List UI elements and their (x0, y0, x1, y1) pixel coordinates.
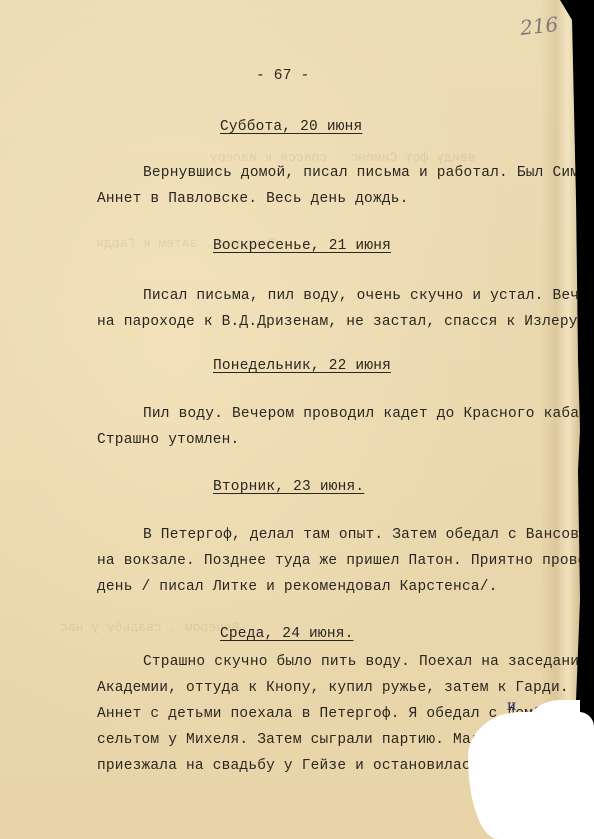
torn-corner (468, 712, 594, 839)
entry-line: Страшно утомлен. (97, 431, 239, 449)
document-page: ввиду фот Сименс . спасся к Излеру Вечер… (0, 0, 580, 839)
entry-line: Пил воду. Вечером проводил кадет до Крас… (143, 405, 594, 423)
entry-line: Вернувшись домой, писал письма и работал… (143, 164, 594, 182)
entry-line: Страшно скучно было пить воду. Поехал на… (143, 653, 588, 671)
entry-heading-tuesday: Вторник, 23 июня. (213, 478, 364, 496)
page-number: - 67 - (256, 67, 309, 85)
entry-heading-sunday: Воскресенье, 21 июня (213, 237, 391, 255)
entry-line: на вокзале. Позднее туда же пришел Патон… (97, 552, 594, 570)
bleed-through-text: ввиду фот Сименс . спасся к Излеру (210, 150, 475, 165)
entry-line: Аннет в Павловске. Весь день дождь. (97, 190, 409, 208)
entry-line: Писал письма, пил воду, очень скучно и у… (143, 287, 594, 305)
entry-heading-monday: Понедельник, 22 июня (213, 357, 391, 375)
entry-line: на пароходе к В.Д.Дризенам, не застал, с… (97, 313, 587, 331)
entry-line: день / писал Литке и рекомендовал Карсте… (97, 578, 498, 596)
archive-folio-number: 216 (519, 12, 559, 40)
entry-line: В Петергоф, делал там опыт. Затем обедал… (143, 526, 594, 544)
entry-heading-wednesday: Среда, 24 июня. (220, 625, 354, 643)
entry-heading-saturday: Суббота, 20 июня (220, 118, 362, 136)
entry-line: Академии, оттуда к Кнопу, купил ружье, з… (97, 679, 569, 697)
